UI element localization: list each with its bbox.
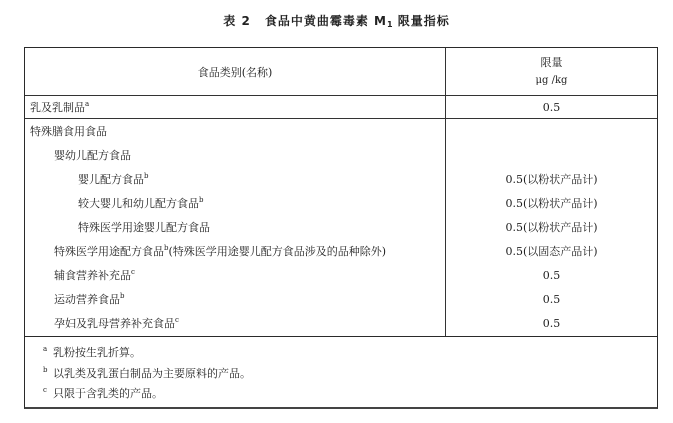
row-name: 辅食营养补充品c	[54, 264, 135, 288]
row-value: 0.5	[446, 312, 657, 336]
footnotes-section: a 乳粉按生乳折算。 b 以乳类及乳蛋白制品为主要原料的产品。 c 只限于含乳类…	[24, 336, 658, 409]
row-value	[446, 120, 657, 144]
table-row: 乳及乳制品a 0.5	[25, 96, 657, 120]
table-row: 婴儿配方食品b 0.5(以粉状产品计)	[25, 168, 657, 192]
header-limit-label: 限量	[541, 54, 563, 72]
row-value: 0.5	[446, 264, 657, 288]
table-row: 特殊医学用途配方食品b(特殊医学用途婴儿配方食品涉及的品种除外) 0.5(以固态…	[25, 240, 657, 264]
table-title: 表 2食品中黄曲霉毒素 M1 限量指标	[0, 12, 673, 29]
row-name: 婴幼儿配方食品	[54, 144, 131, 168]
table-title-text: 食品中黄曲霉毒素 M	[265, 14, 387, 28]
footnote-marker: b	[199, 196, 203, 204]
row-name: 运动营养食品b	[54, 288, 124, 312]
footnote-marker: a	[85, 100, 89, 108]
row-name: 孕妇及乳母营养补充食品c	[54, 312, 179, 336]
table-row: 特殊医学用途婴儿配方食品 0.5(以粉状产品计)	[25, 216, 657, 240]
row-value: 0.5(以粉状产品计)	[446, 216, 657, 240]
row-value	[446, 144, 657, 168]
limits-table: 食品类别(名称) 限量 μg /kg 乳及乳制品a 0.5 特殊膳食用食品 婴幼…	[24, 47, 658, 337]
header-category: 食品类别(名称)	[25, 48, 445, 96]
footnote-item: a 乳粉按生乳折算。	[53, 343, 141, 363]
footnote-text: 以乳类及乳蛋白制品为主要原料的产品。	[53, 367, 251, 380]
table-row: 较大婴儿和幼儿配方食品b 0.5(以粉状产品计)	[25, 192, 657, 216]
table-row: 辅食营养补充品c 0.5	[25, 264, 657, 288]
row-value: 0.5(以粉状产品计)	[446, 168, 657, 192]
row-name-suffix: (特殊医学用途婴儿配方食品涉及的品种除外)	[168, 245, 386, 258]
footnote-marker: c	[175, 316, 179, 324]
footnote-mark: c	[43, 380, 47, 400]
header-category-label: 食品类别(名称)	[198, 64, 273, 80]
footnote-marker: c	[131, 268, 135, 276]
footnote-text: 乳粉按生乳折算。	[53, 346, 141, 359]
footnote-mark: a	[43, 339, 47, 359]
row-value: 0.5	[446, 96, 657, 120]
row-divider	[25, 118, 657, 119]
table-row: 孕妇及乳母营养补充食品c 0.5	[25, 312, 657, 336]
table-number: 表 2	[223, 14, 251, 28]
footnote-item: b 以乳类及乳蛋白制品为主要原料的产品。	[53, 364, 251, 384]
header-limit-unit: μg /kg	[536, 72, 568, 90]
table-title-suffix: 限量指标	[393, 14, 450, 28]
table-row: 特殊膳食用食品	[25, 120, 657, 144]
footnote-marker: b	[144, 172, 148, 180]
footnote-text: 只限于含乳类的产品。	[53, 387, 163, 400]
row-name: 较大婴儿和幼儿配方食品b	[78, 192, 203, 216]
row-value: 0.5	[446, 288, 657, 312]
table-row: 婴幼儿配方食品	[25, 144, 657, 168]
header-limit: 限量 μg /kg	[446, 48, 657, 96]
footnote-item: c 只限于含乳类的产品。	[53, 384, 163, 404]
row-name: 婴儿配方食品b	[78, 168, 148, 192]
footnote-marker: b	[120, 292, 124, 300]
row-name: 特殊医学用途婴儿配方食品	[78, 216, 210, 240]
row-value: 0.5(以粉状产品计)	[446, 192, 657, 216]
row-name: 乳及乳制品a	[30, 96, 89, 120]
row-name: 特殊医学用途配方食品b(特殊医学用途婴儿配方食品涉及的品种除外)	[54, 240, 386, 264]
row-name: 特殊膳食用食品	[30, 120, 107, 144]
footnote-mark: b	[43, 360, 47, 380]
table-row: 运动营养食品b 0.5	[25, 288, 657, 312]
row-value: 0.5(以固态产品计)	[446, 240, 657, 264]
